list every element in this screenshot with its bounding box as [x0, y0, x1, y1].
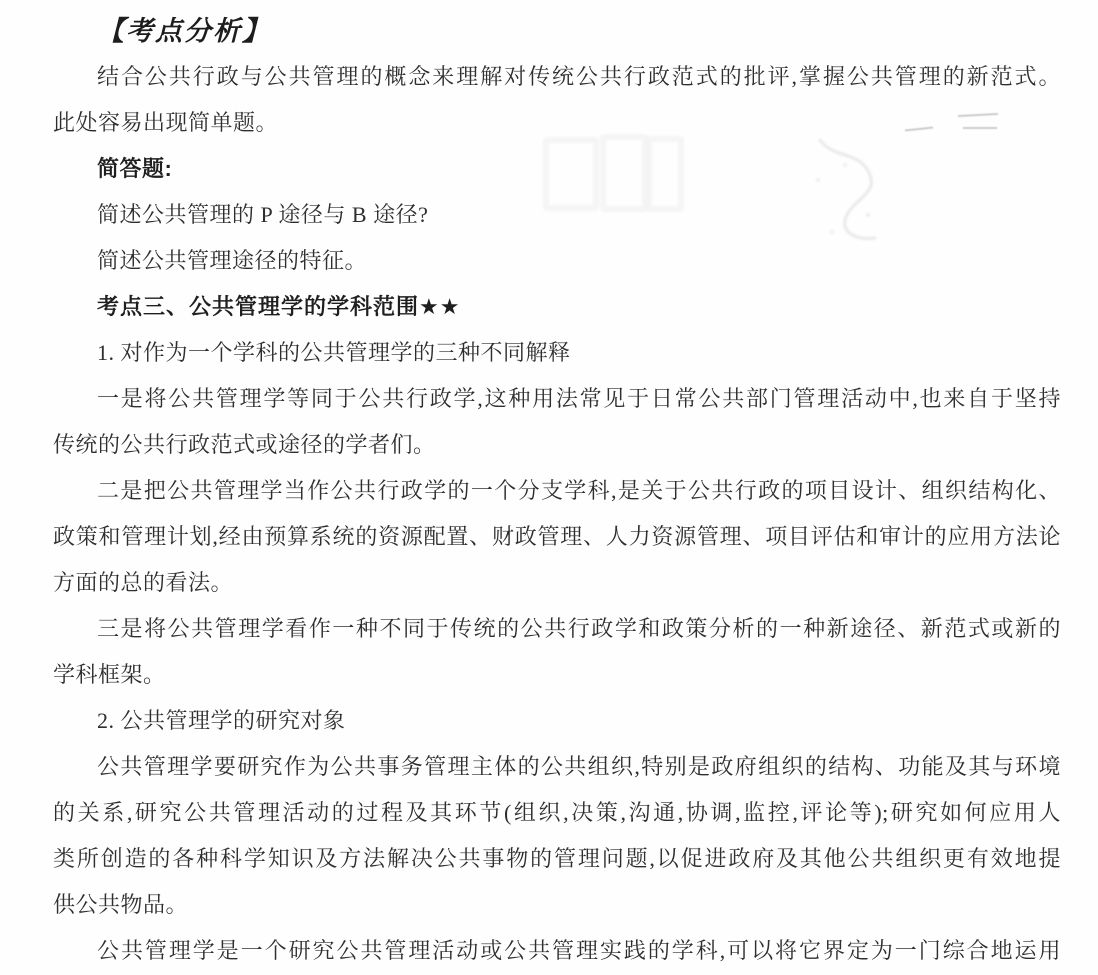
paragraph-line: 2. 公共管理学的研究对象: [53, 698, 1061, 744]
paragraph-line: 简述公共管理的 P 途径与 B 途径?: [53, 192, 1061, 238]
scanned-textbook-page: 【考点分析】 结合公共行政与公共管理的概念来理解对传统公共行政范式的批评,掌握公…: [0, 0, 1098, 975]
paragraph-line: 类所创造的各种科学知识及方法解决公共事物的管理问题,以促进政府及其他公共组织更有…: [53, 836, 1061, 882]
bracket-heading: 【考点分析】: [53, 8, 1061, 54]
paragraph-line: 一是将公共管理学等同于公共行政学,这种用法常见于日常公共部门管理活动中,也来自于…: [53, 376, 1061, 422]
section-heading-kaodian-3: 考点三、公共管理学的学科范围★★: [53, 284, 1061, 330]
paragraph-line: 二是把公共管理学当作公共行政学的一个分支学科,是关于公共行政的项目设计、组织结构…: [53, 468, 1061, 514]
paragraph-line: 政策和管理计划,经由预算系统的资源配置、财政管理、人力资源管理、项目评估和审计的…: [53, 514, 1061, 560]
paragraph-line: 结合公共行政与公共管理的概念来理解对传统公共行政范式的批评,掌握公共管理的新范式…: [53, 54, 1061, 100]
paragraph-line: 公共管理学是一个研究公共管理活动或公共管理实践的学科,可以将它界定为一门综合地运…: [53, 928, 1061, 974]
paragraph-line: 的关系,研究公共管理活动的过程及其环节(组织,决策,沟通,协调,监控,评论等);…: [53, 790, 1061, 836]
short-answer-label: 简答题:: [53, 146, 1061, 192]
page-content: 【考点分析】 结合公共行政与公共管理的概念来理解对传统公共行政范式的批评,掌握公…: [0, 0, 1098, 974]
paragraph-line: 方面的总的看法。: [53, 560, 1061, 606]
paragraph-line: 1. 对作为一个学科的公共管理学的三种不同解释: [53, 330, 1061, 376]
paragraph-line: 此处容易出现简单题。: [53, 100, 1061, 146]
paragraph-line: 学科框架。: [53, 652, 1061, 698]
paragraph-line: 公共管理学要研究作为公共事务管理主体的公共组织,特别是政府组织的结构、功能及其与…: [53, 744, 1061, 790]
paragraph-line: 简述公共管理途径的特征。: [53, 238, 1061, 284]
paragraph-line: 传统的公共行政范式或途径的学者们。: [53, 422, 1061, 468]
paragraph-line: 三是将公共管理学看作一种不同于传统的公共行政学和政策分析的一种新途径、新范式或新…: [53, 606, 1061, 652]
paragraph-line: 供公共物品。: [53, 882, 1061, 928]
